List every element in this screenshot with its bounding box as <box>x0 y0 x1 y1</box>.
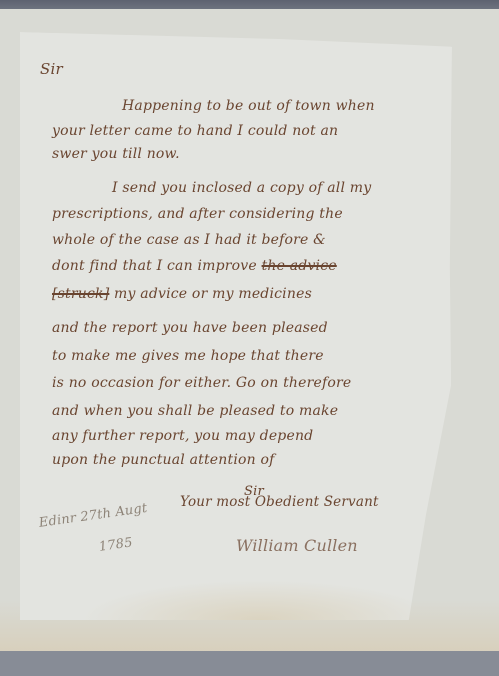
letter-line-2: your letter came to hand I could not an <box>52 123 338 139</box>
letter-line-6: whole of the case as I had it before & <box>52 232 326 248</box>
letter-line-3: swer you till now. <box>52 146 180 162</box>
letter-line-1: Happening to be out of town when <box>122 98 375 114</box>
signature: William Cullen <box>236 536 358 555</box>
letter-line-7-text: dont find that I can improve <box>52 258 257 274</box>
struck-text: the advice <box>262 258 337 274</box>
paper-stain <box>80 580 440 620</box>
letter-line-7: dont find that I can improve the advice <box>52 258 337 274</box>
letter-line-11: is no occasion for either. Go on therefo… <box>52 375 351 391</box>
letter-line-4: I send you inclosed a copy of all my <box>112 180 371 196</box>
letter-line-5: prescriptions, and after considering the <box>52 206 343 222</box>
closing: Your most Obedient Servant <box>180 494 379 510</box>
letter-line-9: and the report you have been pleased <box>52 320 328 336</box>
letter-line-14: upon the punctual attention of <box>52 452 275 468</box>
letter-line-10: to make me gives me hope that there <box>52 348 324 364</box>
letter-line-8: [struck] my advice or my medicines <box>52 286 312 302</box>
salutation: Sir <box>40 60 63 78</box>
bottom-border <box>0 651 499 676</box>
letter-line-8-text: my advice or my medicines <box>114 286 312 302</box>
struck-text: [struck] <box>52 286 109 302</box>
letter-line-13: any further report, you may depend <box>52 428 313 444</box>
letter-line-12: and when you shall be pleased to make <box>52 403 338 419</box>
